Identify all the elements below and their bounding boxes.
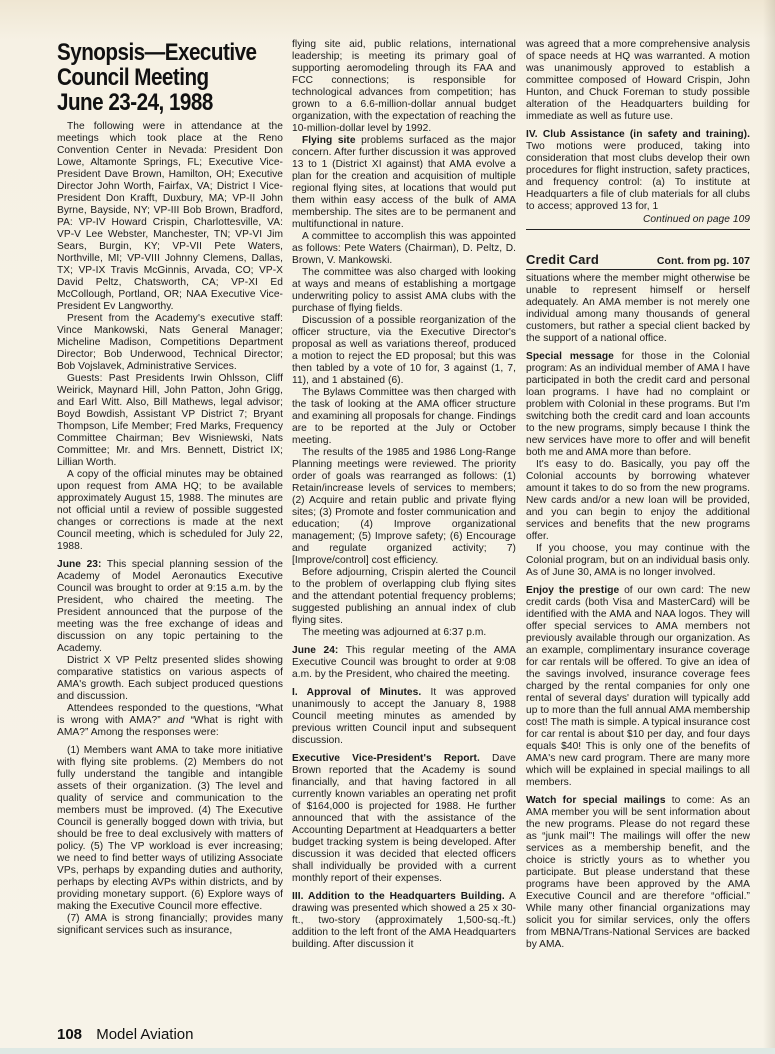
june24-paragraph: June 24: This regular meeting of the AMA…	[292, 645, 516, 681]
page-number: 108	[57, 1026, 82, 1043]
club-assistance-lead: IV. Club Assistance (in safety and train…	[526, 129, 750, 140]
attendees-paragraph: Attendees responded to the questions, “W…	[57, 703, 283, 739]
page-edge-shadow	[763, 0, 775, 1054]
prestige-lead: Enjoy the prestige	[526, 585, 619, 596]
continued-on-link[interactable]: Continued on page 109	[526, 214, 750, 230]
page-footer: 108 Model Aviation	[57, 1026, 194, 1043]
credit-card-intro: situations where the member might otherw…	[526, 273, 750, 345]
flying-site-text: problems surfaced as the major concern. …	[292, 135, 516, 230]
hq-addition-paragraph: III. Addition to the Headquarters Buildi…	[292, 891, 516, 951]
prestige-text: of our own card: The new credit cards (b…	[526, 585, 750, 788]
committee-paragraph: A committee to accomplish this was appoi…	[292, 231, 516, 267]
article-headline: Synopsis—Executive Council Meeting June …	[57, 40, 285, 115]
attendees-and: and	[167, 715, 184, 726]
financial-paragraph: flying site aid, public relations, inter…	[292, 39, 516, 135]
headline-line: June 23-24, 1988	[57, 90, 285, 115]
mailings-paragraph: Watch for special mailings to come: As a…	[526, 795, 750, 951]
magazine-page: Synopsis—Executive Council Meeting June …	[0, 0, 775, 1054]
credit-card-title: Credit Card	[526, 254, 599, 266]
responses-paragraph: (1) Members want AMA to take more initia…	[57, 745, 283, 913]
prestige-paragraph: Enjoy the prestige of our own card: The …	[526, 585, 750, 789]
column-1: Synopsis—Executive Council Meeting June …	[57, 40, 283, 937]
credit-card-header: Credit Card Cont. from pg. 107	[526, 254, 750, 270]
attendance-paragraph: The following were in attendance at the …	[57, 121, 283, 313]
june24-lead: June 24:	[292, 645, 338, 656]
guests-paragraph: Guests: Past Presidents Irwin Ohlsson, C…	[57, 373, 283, 469]
adjourning-paragraph: Before adjourning, Crispin alerted the C…	[292, 567, 516, 627]
headline-line: Council Meeting	[57, 65, 285, 90]
june23-paragraph: June 23: This special planning session o…	[57, 559, 283, 655]
mailings-lead: Watch for special mailings	[526, 795, 666, 806]
item7-paragraph: (7) AMA is strong financially; provides …	[57, 913, 283, 937]
hq-addition-lead: III. Addition to the Headquarters Buildi…	[292, 891, 505, 902]
special-message-text: for those in the Colonial program: As an…	[526, 351, 750, 458]
staff-paragraph: Present from the Academy's executive sta…	[57, 313, 283, 373]
approval-paragraph: I. Approval of Minutes. It was approved …	[292, 687, 516, 747]
slides-paragraph: District X VP Peltz presented slides sho…	[57, 655, 283, 703]
headline-line: Synopsis—Executive	[57, 40, 285, 65]
easy-paragraph: It's easy to do. Basically, you pay off …	[526, 459, 750, 543]
page-bottom-edge	[0, 1048, 775, 1054]
evp-report-text: Dave Brown reported that the Academy is …	[292, 753, 516, 884]
special-message-paragraph: Special message for those in the Colonia…	[526, 351, 750, 459]
choose-paragraph: If you choose, you may continue with the…	[526, 543, 750, 579]
evp-report-paragraph: Executive Vice-President's Report. Dave …	[292, 753, 516, 885]
column-2: flying site aid, public relations, inter…	[292, 39, 516, 951]
club-assistance-text: Two motions were produced, taking into c…	[526, 141, 750, 212]
publication-name: Model Aviation	[96, 1026, 193, 1043]
special-message-lead: Special message	[526, 351, 614, 362]
reorganization-paragraph: Discussion of a possible reorganization …	[292, 315, 516, 387]
bylaws-paragraph: The Bylaws Committee was then charged wi…	[292, 387, 516, 447]
continued-from-link[interactable]: Cont. from pg. 107	[657, 255, 750, 267]
club-assistance-paragraph: IV. Club Assistance (in safety and train…	[526, 129, 750, 213]
flying-site-lead: Flying site	[302, 135, 356, 146]
flying-site-paragraph: Flying site problems surfaced as the maj…	[292, 135, 516, 231]
minutes-paragraph: A copy of the official minutes may be ob…	[57, 469, 283, 553]
hq-analysis-paragraph: was agreed that a more comprehensive ana…	[526, 39, 750, 123]
planning-paragraph: The results of the 1985 and 1986 Long-Ra…	[292, 447, 516, 567]
column-3: was agreed that a more comprehensive ana…	[526, 39, 750, 951]
approval-lead: I. Approval of Minutes.	[292, 687, 421, 698]
mailings-text: to come: As an AMA member you will be se…	[526, 795, 750, 950]
june23-text: This special planning session of the Aca…	[57, 559, 283, 654]
evp-report-lead: Executive Vice-President's Report.	[292, 753, 480, 764]
june23-lead: June 23:	[57, 559, 101, 570]
adjourned-paragraph: The meeting was adjourned at 6:37 p.m.	[292, 627, 516, 639]
mortgage-paragraph: The committee was also charged with look…	[292, 267, 516, 315]
